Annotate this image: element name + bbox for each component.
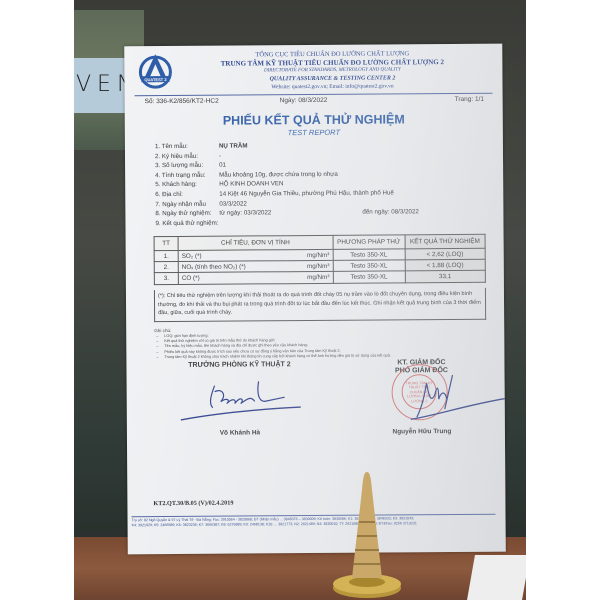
header-contact: Website: quatest2.gov.vn; Email: info@qu… — [182, 82, 482, 92]
page-number: Trang: 1/1 — [455, 96, 484, 103]
document-header: QUATEST 2 TỔNG CỤC TIÊU CHUẨN ĐO LƯỜNG C… — [124, 44, 502, 93]
header-divider — [135, 93, 493, 96]
side-paper — [467, 555, 526, 600]
test-report-document: QUATEST 2 TỔNG CỤC TIÊU CHUẨN ĐO LƯỜNG C… — [124, 44, 506, 555]
report-subtitle: TEST REPORT — [125, 127, 503, 139]
report-date: Ngày: 08/3/2022 — [280, 97, 328, 104]
report-number: Số: 336-K2/856/KT2-HC2 — [145, 98, 219, 106]
left-signature-icon — [175, 373, 305, 424]
right-signer-name: Nguyễn Hữu Trung — [352, 428, 492, 436]
field-results-label: 9. Kết quả thử nghiệm: — [155, 217, 495, 229]
photo-background: VEN QUATEST 2 TỔNG CỤC TIÊU CHUẨN ĐO LƯỜ… — [74, 0, 526, 600]
quatest-logo-icon: QUATEST 2 — [138, 50, 172, 90]
left-signer-title: TRƯỞNG PHÒNG KỸ THUẬT 2 — [164, 361, 314, 369]
form-code: KT2.QT.30/B.05 (V)/02.4.2019 — [153, 500, 233, 508]
sample-info: 1. Tên mẫu:NỤ TRẦM 2. Ký hiệu mẫu:- 3. S… — [155, 141, 496, 230]
left-signer-name: Võ Khánh Hà — [165, 429, 315, 437]
footer-contacts: Trụ sở: 02 Ngô Quyền & 97 Lý Thái Tổ - Đ… — [132, 516, 492, 529]
report-title: PHIẾU KẾT QUẢ THỬ NGHIỆM — [125, 112, 503, 129]
right-signature-icon — [386, 369, 506, 425]
table-row: 3. CO (*) mg/Nm³ Testo 350-XL 33,1 — [154, 271, 485, 284]
remarks: Ghi chú: LOQ: giới hạn định lượng; Kết q… — [154, 326, 494, 360]
incense-cone-on-holder — [332, 470, 402, 600]
results-table: TT CHỈ TIÊU, ĐƠN VỊ TÍNH PHƯƠNG PHÁP THỬ… — [154, 234, 486, 285]
svg-text:QUATEST 2: QUATEST 2 — [144, 77, 167, 82]
results-note: (*): Chỉ tiêu thử nghiệm trên lượng khí … — [154, 288, 486, 322]
